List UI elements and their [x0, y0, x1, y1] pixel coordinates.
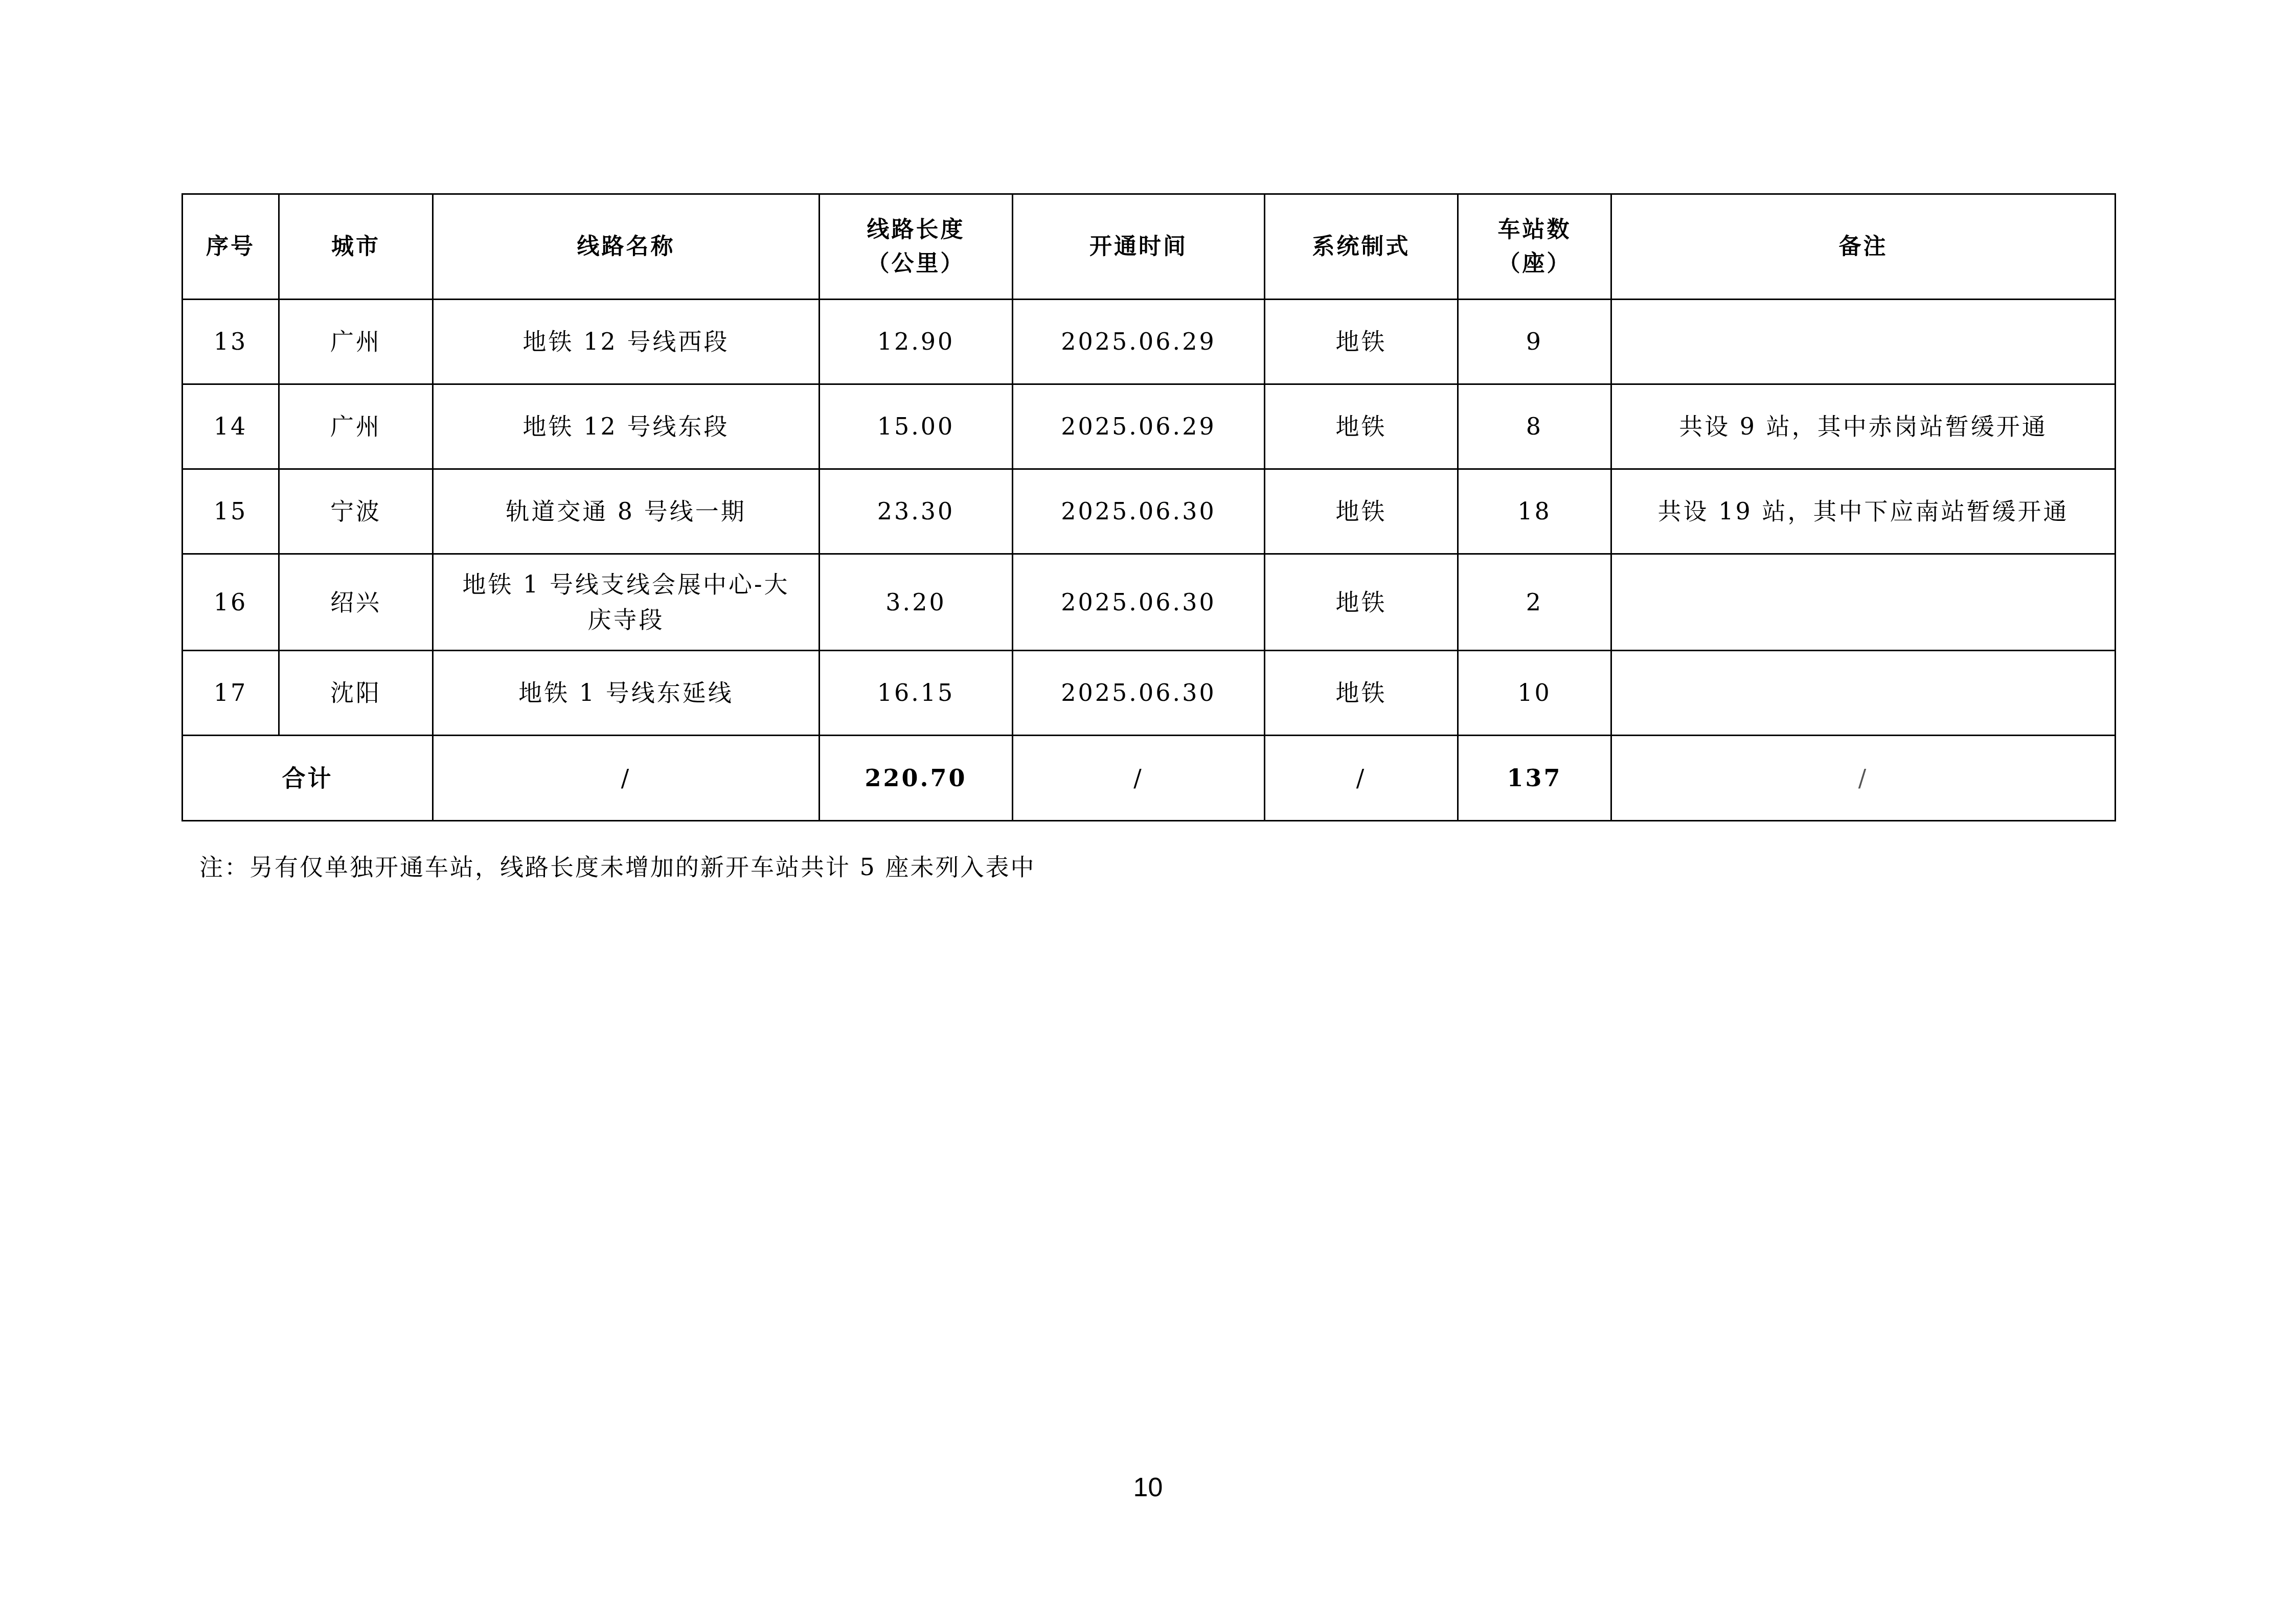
- cell-system: 地铁: [1265, 554, 1458, 651]
- cell-length: 16.15: [820, 651, 1013, 736]
- header-seq: 序号: [183, 194, 279, 300]
- header-stations-unit: （座）: [1464, 247, 1605, 281]
- page-number: 10: [0, 1472, 2296, 1503]
- header-system: 系统制式: [1265, 194, 1458, 300]
- cell-remark: 共设 19 站，其中下应南站暂缓开通: [1611, 469, 2116, 554]
- table-total-row: 合计 / 220.70 / / 137 /: [183, 736, 2116, 821]
- cell-stations: 2: [1458, 554, 1611, 651]
- cell-length: 3.20: [820, 554, 1013, 651]
- cell-remark: [1611, 300, 2116, 384]
- cell-line-name: 地铁 1 号线支线会展中心-大庆寺段: [433, 554, 820, 651]
- cell-length: 12.90: [820, 300, 1013, 384]
- total-stations: 137: [1458, 736, 1611, 821]
- cell-stations: 18: [1458, 469, 1611, 554]
- cell-open-date: 2025.06.29: [1013, 384, 1265, 469]
- table-footnote: 注：另有仅单独开通车站，线路长度未增加的新开车站共计 5 座未列入表中: [199, 849, 1036, 882]
- table-row: 13 广州 地铁 12 号线西段 12.90 2025.06.29 地铁 9: [183, 300, 2116, 384]
- total-remark: /: [1611, 736, 2116, 821]
- header-line-name: 线路名称: [433, 194, 820, 300]
- document-page: 序号 城市 线路名称 线路长度 （公里） 开通时间 系统制式 车站数 （座） 备…: [0, 0, 2296, 1623]
- total-label: 合计: [183, 736, 433, 821]
- header-length: 线路长度 （公里）: [820, 194, 1013, 300]
- cell-remark: 共设 9 站，其中赤岗站暂缓开通: [1611, 384, 2116, 469]
- cell-system: 地铁: [1265, 651, 1458, 736]
- cell-seq: 15: [183, 469, 279, 554]
- cell-open-date: 2025.06.30: [1013, 554, 1265, 651]
- header-stations: 车站数 （座）: [1458, 194, 1611, 300]
- header-length-title: 线路长度: [825, 213, 1007, 247]
- cell-open-date: 2025.06.29: [1013, 300, 1265, 384]
- total-length: 220.70: [820, 736, 1013, 821]
- cell-stations: 10: [1458, 651, 1611, 736]
- cell-seq: 17: [183, 651, 279, 736]
- cell-city: 宁波: [279, 469, 433, 554]
- cell-system: 地铁: [1265, 384, 1458, 469]
- cell-stations: 8: [1458, 384, 1611, 469]
- cell-stations: 9: [1458, 300, 1611, 384]
- cell-line-name: 地铁 1 号线东延线: [433, 651, 820, 736]
- header-open-date: 开通时间: [1013, 194, 1265, 300]
- total-system: /: [1265, 736, 1458, 821]
- table-row: 15 宁波 轨道交通 8 号线一期 23.30 2025.06.30 地铁 18…: [183, 469, 2116, 554]
- cell-city: 绍兴: [279, 554, 433, 651]
- total-line-name: /: [433, 736, 820, 821]
- cell-remark: [1611, 651, 2116, 736]
- table-row: 17 沈阳 地铁 1 号线东延线 16.15 2025.06.30 地铁 10: [183, 651, 2116, 736]
- cell-line-name: 地铁 12 号线东段: [433, 384, 820, 469]
- cell-seq: 13: [183, 300, 279, 384]
- cell-open-date: 2025.06.30: [1013, 469, 1265, 554]
- cell-length: 23.30: [820, 469, 1013, 554]
- table-row: 14 广州 地铁 12 号线东段 15.00 2025.06.29 地铁 8 共…: [183, 384, 2116, 469]
- header-length-unit: （公里）: [825, 247, 1007, 281]
- cell-city: 广州: [279, 300, 433, 384]
- cell-system: 地铁: [1265, 300, 1458, 384]
- cell-remark: [1611, 554, 2116, 651]
- cell-city: 沈阳: [279, 651, 433, 736]
- cell-line-name: 地铁 12 号线西段: [433, 300, 820, 384]
- total-open-date: /: [1013, 736, 1265, 821]
- cell-system: 地铁: [1265, 469, 1458, 554]
- cell-seq: 16: [183, 554, 279, 651]
- header-stations-title: 车站数: [1464, 213, 1605, 247]
- header-city: 城市: [279, 194, 433, 300]
- cell-city: 广州: [279, 384, 433, 469]
- cell-seq: 14: [183, 384, 279, 469]
- cell-line-name: 轨道交通 8 号线一期: [433, 469, 820, 554]
- cell-length: 15.00: [820, 384, 1013, 469]
- header-remark: 备注: [1611, 194, 2116, 300]
- rail-transit-lines-table: 序号 城市 线路名称 线路长度 （公里） 开通时间 系统制式 车站数 （座） 备…: [181, 193, 2116, 821]
- table-row: 16 绍兴 地铁 1 号线支线会展中心-大庆寺段 3.20 2025.06.30…: [183, 554, 2116, 651]
- table-header-row: 序号 城市 线路名称 线路长度 （公里） 开通时间 系统制式 车站数 （座） 备…: [183, 194, 2116, 300]
- cell-open-date: 2025.06.30: [1013, 651, 1265, 736]
